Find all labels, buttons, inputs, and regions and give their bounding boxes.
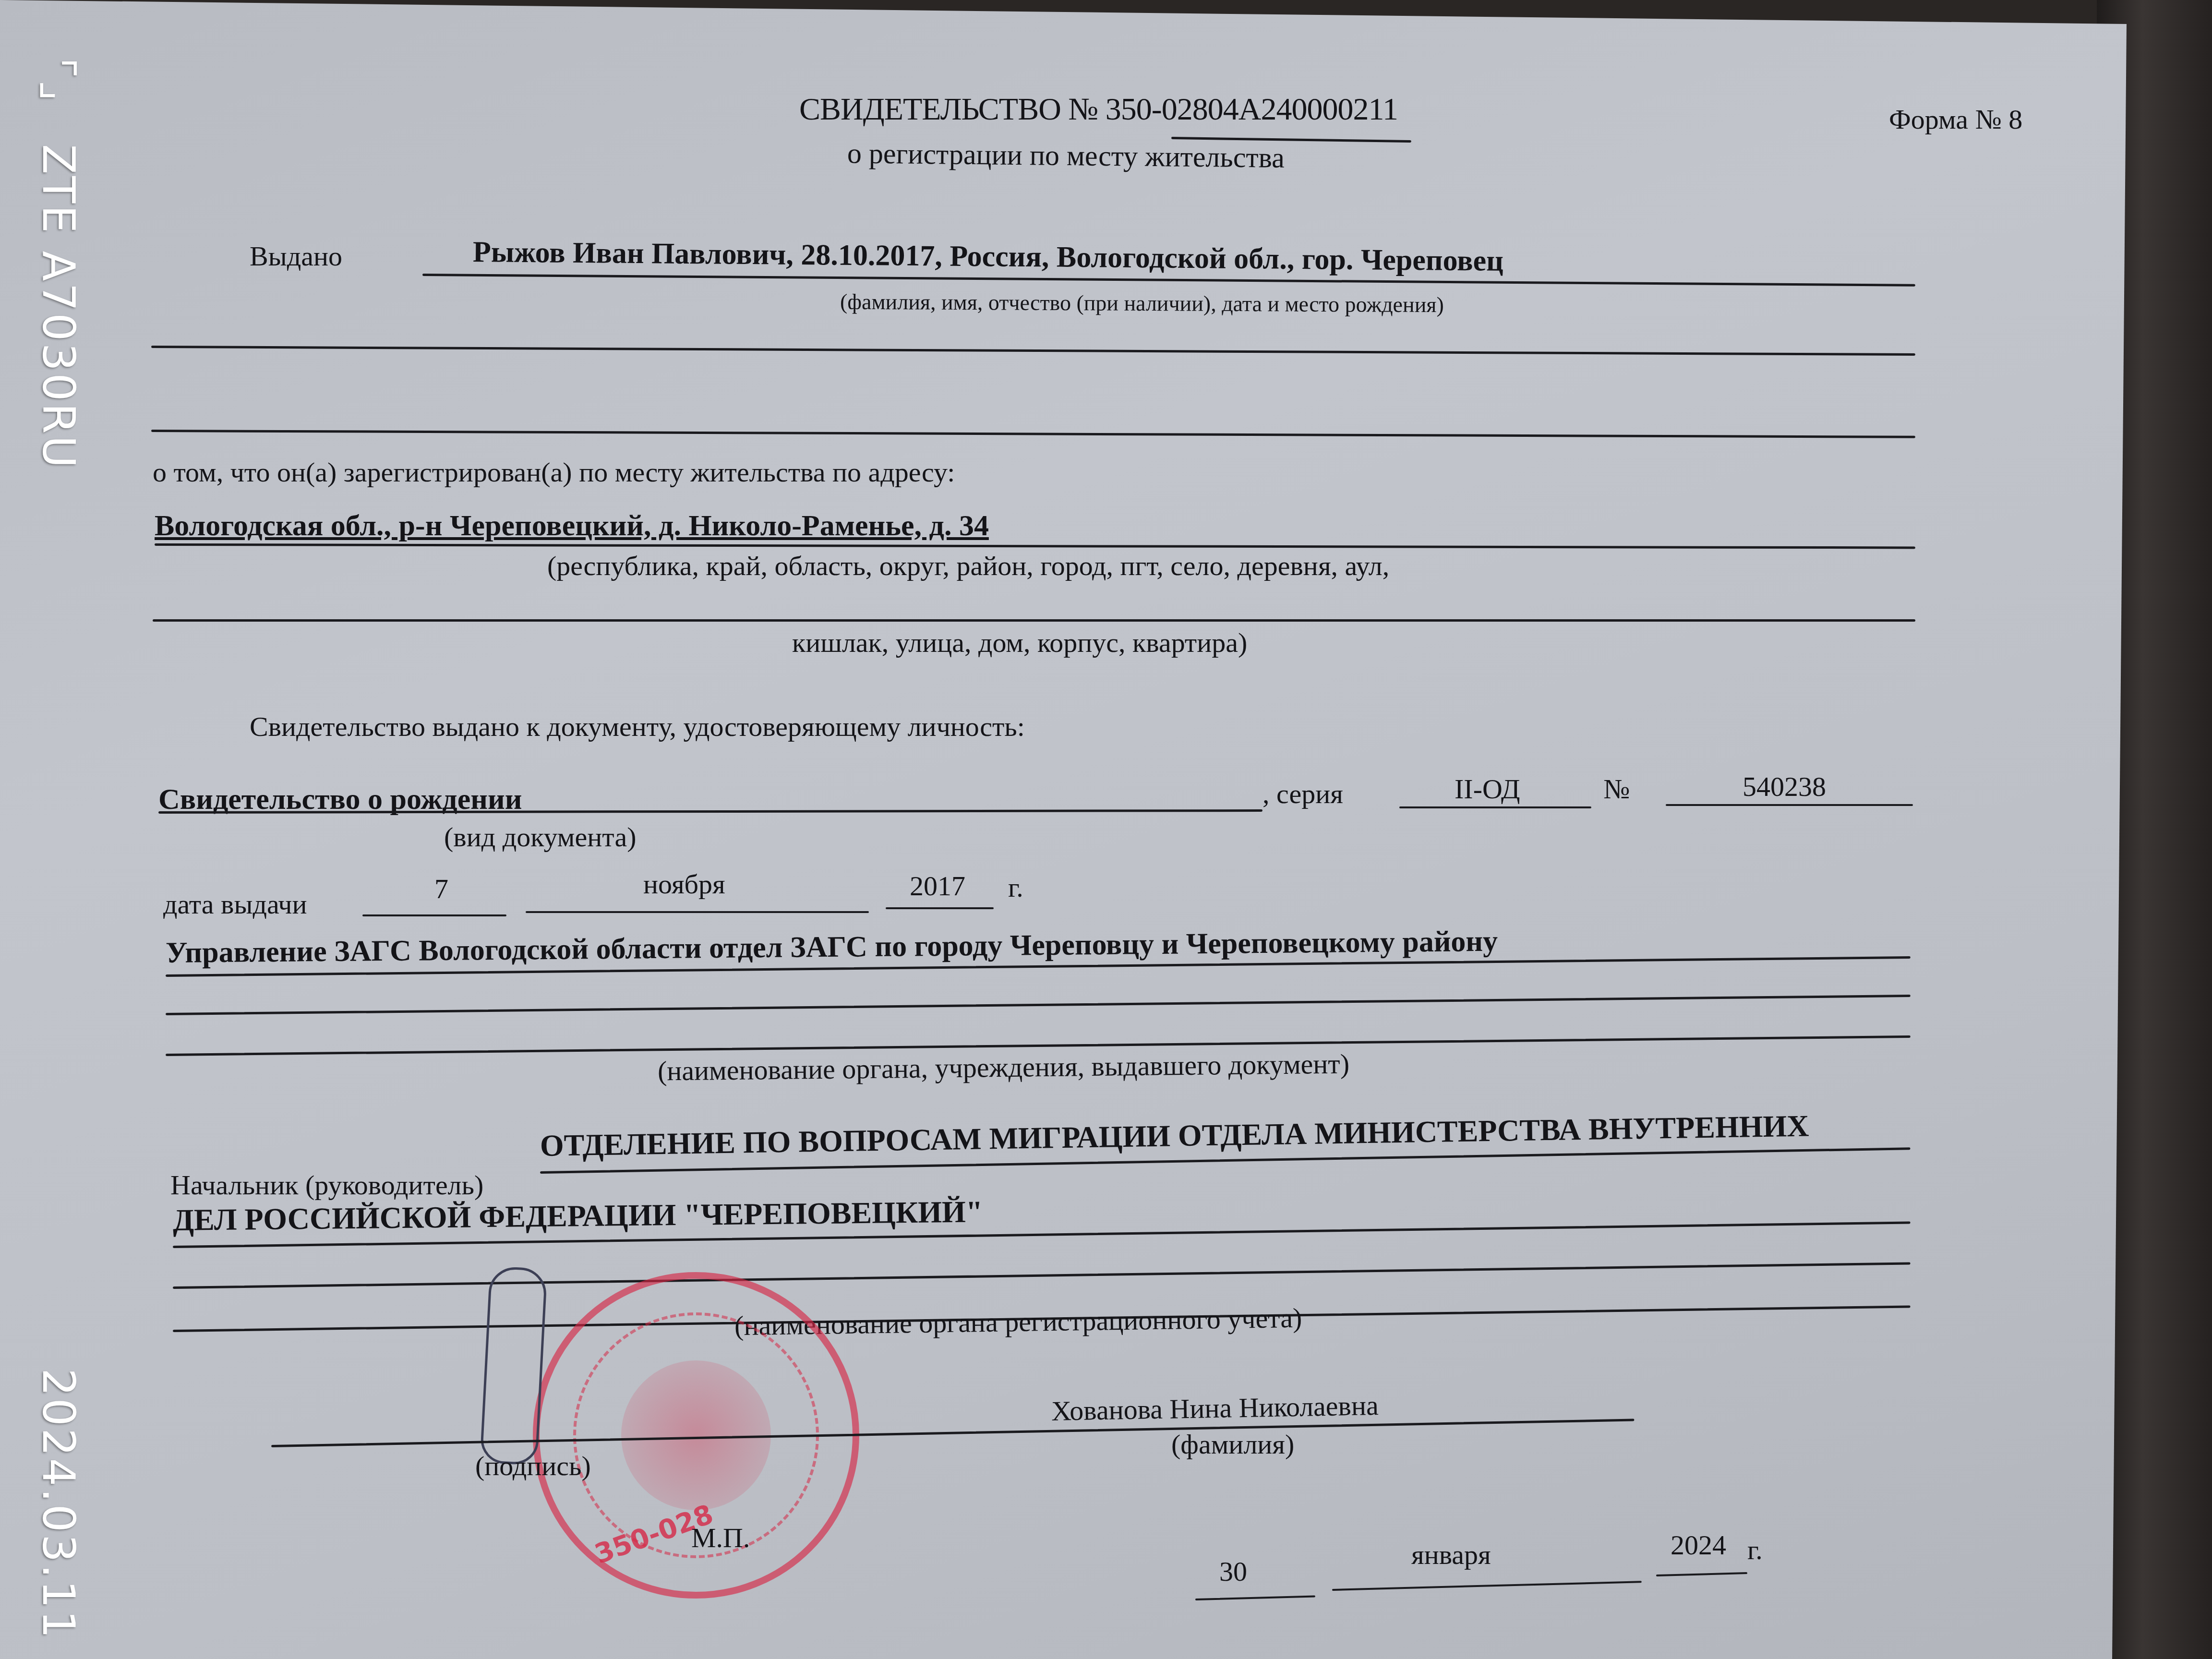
surname-hint: (фамилия): [1171, 1428, 1294, 1460]
certificate-number: 350-02804A240000211: [1106, 92, 1398, 127]
number-line: [1666, 804, 1913, 806]
issue-month-line: [526, 911, 869, 913]
issue-date-day: 30: [1219, 1555, 1247, 1587]
issue-month: ноября: [643, 868, 725, 900]
device-watermark: ZTE A7030RU: [33, 144, 84, 470]
series-line: [1399, 806, 1591, 808]
identity-intro: Свидетельство выдано к документу, удосто…: [250, 710, 1025, 743]
number-value: 540238: [1743, 770, 1826, 803]
issue-year-suffix: г.: [1008, 871, 1023, 903]
document-type-hint: (вид документа): [444, 821, 636, 853]
issue-date-month: января: [1411, 1539, 1491, 1571]
head-label: Начальник (руководитель): [170, 1169, 483, 1201]
series-label: , серия: [1262, 778, 1343, 810]
registration-address: Вологодская обл., р-н Череповецкий, д. Н…: [155, 509, 989, 543]
issue-year-line: [886, 907, 994, 909]
date-watermark: 2024.03.11: [33, 1368, 84, 1640]
seal-label: М.П.: [691, 1522, 750, 1554]
official-name: Хованова Нина Николаевна: [1051, 1389, 1379, 1427]
number-label: №: [1603, 773, 1630, 805]
issue-date-suffix: г.: [1747, 1534, 1763, 1566]
handwritten-signature: [480, 1266, 547, 1466]
form-number: Форма № 8: [1889, 103, 2022, 135]
title-prefix: СВИДЕТЕЛЬСТВО №: [799, 92, 1098, 127]
certificate-subtitle: о регистрации по месту жительства: [847, 137, 1285, 175]
address-line-2: [153, 619, 1915, 622]
camera-frame-icon: ⌜⌟: [33, 58, 84, 103]
address-hint-2: кишлак, улица, дом, корпус, квартира): [792, 626, 1247, 659]
issue-date-label: дата выдачи: [163, 888, 307, 920]
signature-hint: (подпись): [475, 1450, 591, 1482]
series-value: II-ОД: [1455, 773, 1520, 805]
issued-to-label: Выдано: [250, 240, 342, 272]
issue-year: 2017: [910, 870, 965, 902]
issue-day: 7: [434, 873, 448, 905]
registration-intro: о том, что он(а) зарегистрирован(а) по м…: [153, 456, 955, 488]
issue-day-line: [362, 914, 506, 916]
certificate-title: СВИДЕТЕЛЬСТВО № 350-02804A240000211: [799, 91, 1398, 128]
address-hint-1: (республика, край, область, округ, район…: [547, 550, 1389, 582]
issue-date-year: 2024: [1671, 1529, 1726, 1561]
issued-to-hint: (фамилия, имя, отчество (при наличии), д…: [840, 289, 1444, 318]
